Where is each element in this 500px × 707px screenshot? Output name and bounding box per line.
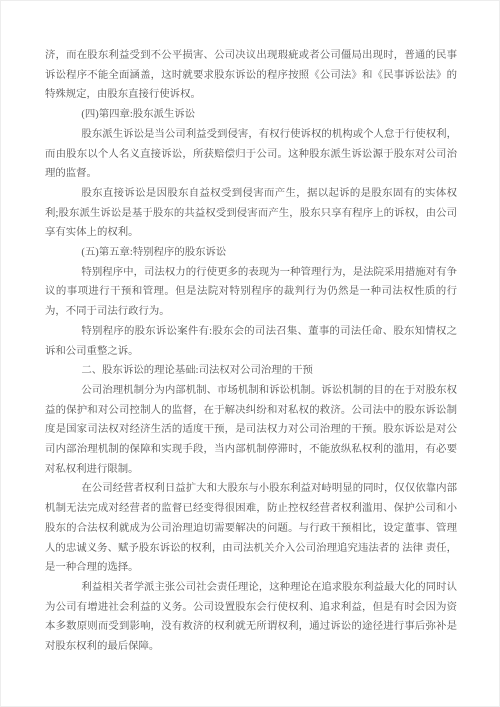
section-heading-part-2: 二、股东诉讼的理论基础:司法权对公司治理的干预 <box>45 361 457 381</box>
paragraph: 股东直接诉讼是因股东自益权受到侵害而产生，据以起诉的是股东固有的实体权利;股东派… <box>45 184 457 243</box>
paragraph: 公司治理机制分为内部机制、市场机制和诉讼机制。诉讼机制的目的在于对股东权益的保护… <box>45 381 457 480</box>
paragraph-continuation: 济，而在股东利益受到不公平损害、公司决议出现瑕疵或者公司僵局出现时，普通的民事诉… <box>45 46 457 105</box>
paragraph: 特别程序的股东诉讼案件有:股东会的司法召集、董事的司法任命、股东知情权之诉和公司… <box>45 322 457 361</box>
section-heading-chapter-4: (四)第四章:股东派生诉讼 <box>45 105 457 125</box>
document-page: 济，而在股东利益受到不公平损害、公司决议出现瑕疵或者公司僵局出现时，普通的民事诉… <box>0 0 500 707</box>
paragraph: 特别程序中，司法权力的行使更多的表现为一种管理行为，是法院采用措施对有争议的事项… <box>45 263 457 322</box>
section-heading-chapter-5: (五)第五章:特别程序的股东诉讼 <box>45 243 457 263</box>
document-body-text: 济，而在股东利益受到不公平损害、公司决议出现瑕疵或者公司僵局出现时，普通的民事诉… <box>45 46 457 657</box>
paragraph: 在公司经营者权利日益扩大和大股东与小股东利益对峙明显的同时，仅仅依靠内部机制无法… <box>45 479 457 578</box>
paragraph: 股东派生诉讼是当公司利益受到侵害，有权行使诉权的机构或个人怠于行使权利，而由股东… <box>45 125 457 184</box>
paragraph: 利益相关者学派主张公司社会责任理论，这种理论在追求股东利益最大化的同时认为公司有… <box>45 578 457 657</box>
